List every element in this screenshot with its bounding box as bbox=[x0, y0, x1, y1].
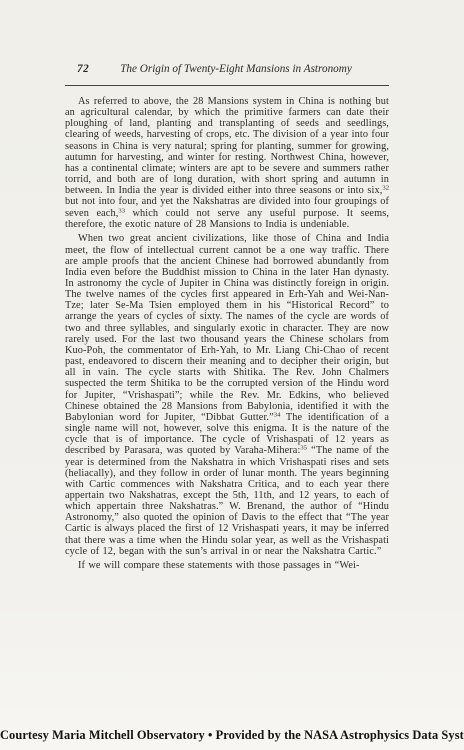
footnote-reference: 34 bbox=[274, 411, 281, 418]
footnote-reference: 35 bbox=[300, 445, 307, 452]
body-paragraph-2: When two great ancient civilizations, li… bbox=[65, 233, 389, 557]
scanned-paper-page: 72 The Origin of Twenty-Eight Mansions i… bbox=[0, 0, 464, 750]
header-rule bbox=[65, 85, 389, 86]
footnote-reference: 33 bbox=[118, 207, 125, 214]
body-paragraph-1: As referred to above, the 28 Mansions sy… bbox=[65, 96, 389, 230]
text-block: 72 The Origin of Twenty-Eight Mansions i… bbox=[65, 63, 389, 572]
running-title: The Origin of Twenty-Eight Mansions in A… bbox=[65, 63, 389, 75]
footer-credit: Courtesy Maria Mitchell Observatory • Pr… bbox=[0, 728, 464, 743]
body-paragraph-3: If we will compare these statements with… bbox=[65, 560, 389, 571]
footnote-reference: 32 bbox=[382, 185, 389, 192]
running-header: 72 The Origin of Twenty-Eight Mansions i… bbox=[65, 63, 389, 80]
page-number: 72 bbox=[77, 63, 89, 75]
